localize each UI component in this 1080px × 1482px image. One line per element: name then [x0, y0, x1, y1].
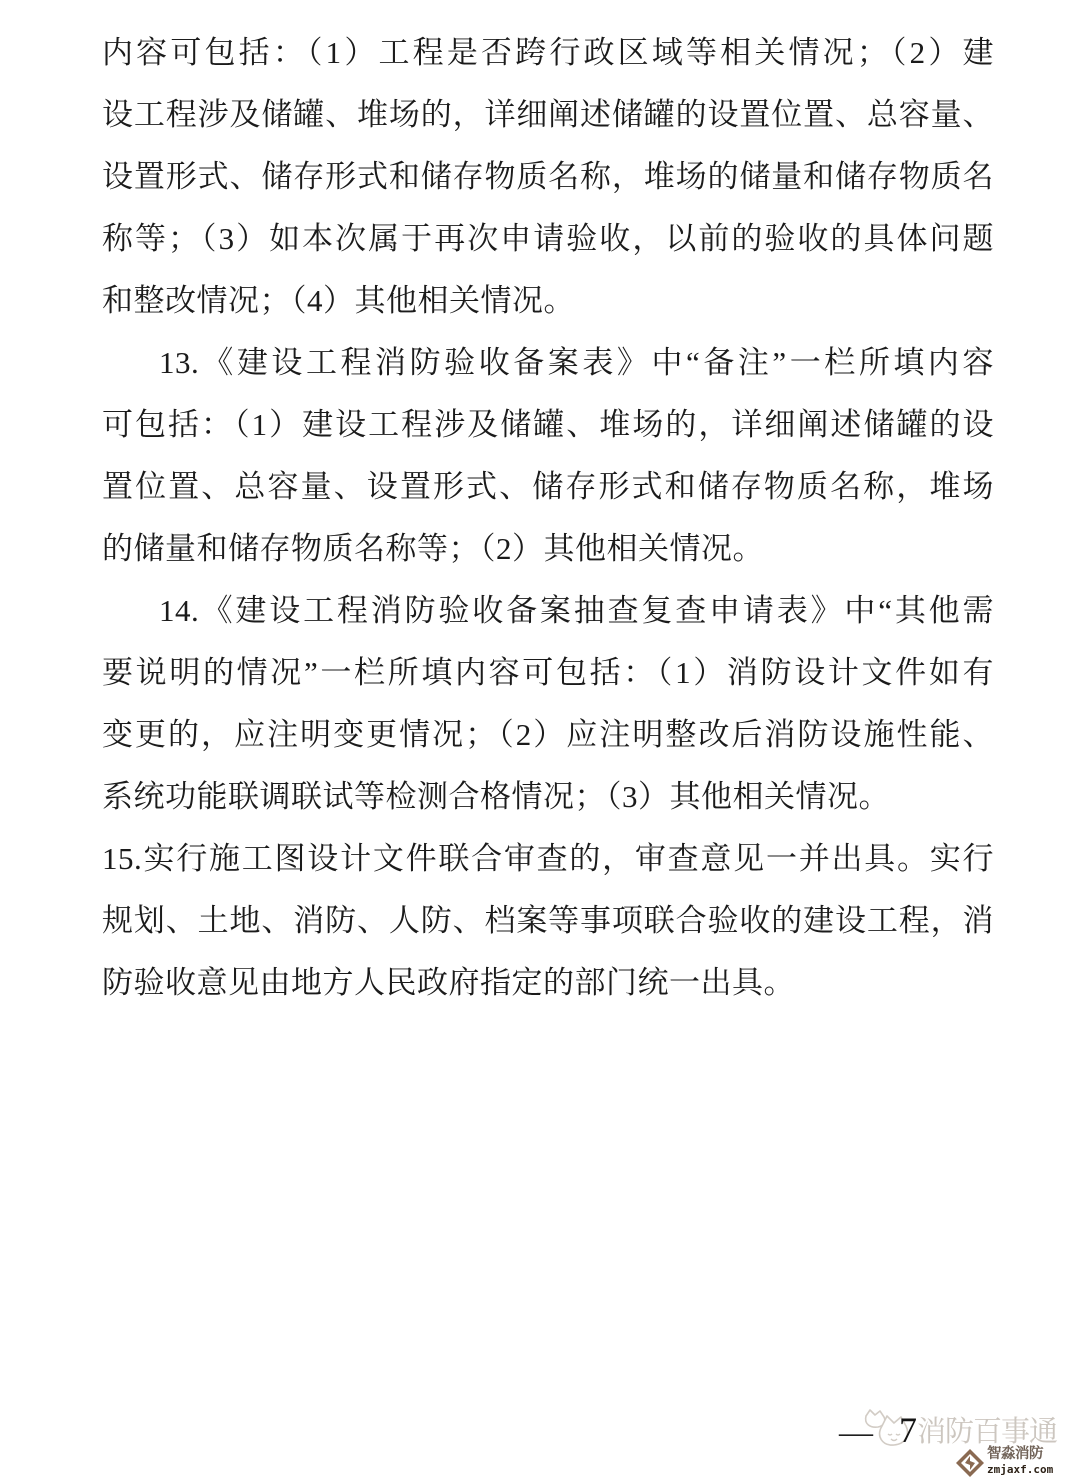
text-line: 和整改情况；（4）其他相关情况。	[102, 270, 994, 332]
text-line: 14.《建设工程消防验收备案抽查复查申请表》中“其他需	[102, 580, 994, 642]
zhimiao-diamond-logo-icon	[955, 1448, 985, 1478]
text-line: 15.实行施工图设计文件联合审查的，审查意见一并出具。实行	[102, 828, 994, 890]
paragraph-item-13: 13.《建设工程消防验收备案表》中“备注”一栏所填内容 可包括：（1）建设工程涉…	[102, 332, 994, 580]
page-number: 7	[899, 1408, 917, 1452]
text-line: 设工程涉及储罐、堆场的，详细阐述储罐的设置位置、总容量、	[102, 84, 994, 146]
brand-url: zmjaxf.com	[987, 1463, 1053, 1476]
paragraph-item-14: 14.《建设工程消防验收备案抽查复查申请表》中“其他需 要说明的情况”一栏所填内…	[102, 580, 994, 828]
text-line: 的储量和储存物质名称等；（2）其他相关情况。	[102, 518, 994, 580]
text-line: 防验收意见由地方人民政府指定的部门统一出具。	[102, 952, 994, 1014]
watermark-brand-text: 消防百事通	[917, 1414, 1057, 1450]
text-line: 可包括：（1）建设工程涉及储罐、堆场的，详细阐述储罐的设	[102, 394, 994, 456]
text-line: 置位置、总容量、设置形式、储存形式和储存物质名称，堆场	[102, 456, 994, 518]
text-line: 系统功能联调联试等检测合格情况；（3）其他相关情况。	[102, 766, 994, 828]
text-line: 内容可包括：（1）工程是否跨行政区域等相关情况；（2）建	[102, 22, 994, 84]
brand-badge: 智淼消防 zmjaxf.com	[955, 1446, 1053, 1478]
text-line: 设置形式、储存形式和储存物质名称，堆场的储量和储存物质名	[102, 146, 994, 208]
text-line: 13.《建设工程消防验收备案表》中“备注”一栏所填内容	[102, 332, 994, 394]
watermark-cat-icon	[860, 1408, 920, 1452]
document-page: 内容可包括：（1）工程是否跨行政区域等相关情况；（2）建 设工程涉及储罐、堆场的…	[0, 0, 1080, 1482]
text-line: 称等；（3）如本次属于再次申请验收，以前的验收的具体问题	[102, 208, 994, 270]
document-body: 内容可包括：（1）工程是否跨行政区域等相关情况；（2）建 设工程涉及储罐、堆场的…	[102, 22, 994, 1014]
text-line: 规划、土地、消防、人防、档案等事项联合验收的建设工程，消	[102, 890, 994, 952]
page-number-dash: —	[839, 1411, 873, 1455]
text-line: 变更的，应注明变更情况；（2）应注明整改后消防设施性能、	[102, 704, 994, 766]
paragraph-item-15: 15.实行施工图设计文件联合审查的，审查意见一并出具。实行 规划、土地、消防、人…	[102, 828, 994, 1014]
paragraph-continuation: 内容可包括：（1）工程是否跨行政区域等相关情况；（2）建 设工程涉及储罐、堆场的…	[102, 22, 994, 332]
text-line: 要说明的情况”一栏所填内容可包括：（1）消防设计文件如有	[102, 642, 994, 704]
brand-name: 智淼消防	[987, 1446, 1053, 1463]
brand-text-block: 智淼消防 zmjaxf.com	[987, 1446, 1053, 1476]
